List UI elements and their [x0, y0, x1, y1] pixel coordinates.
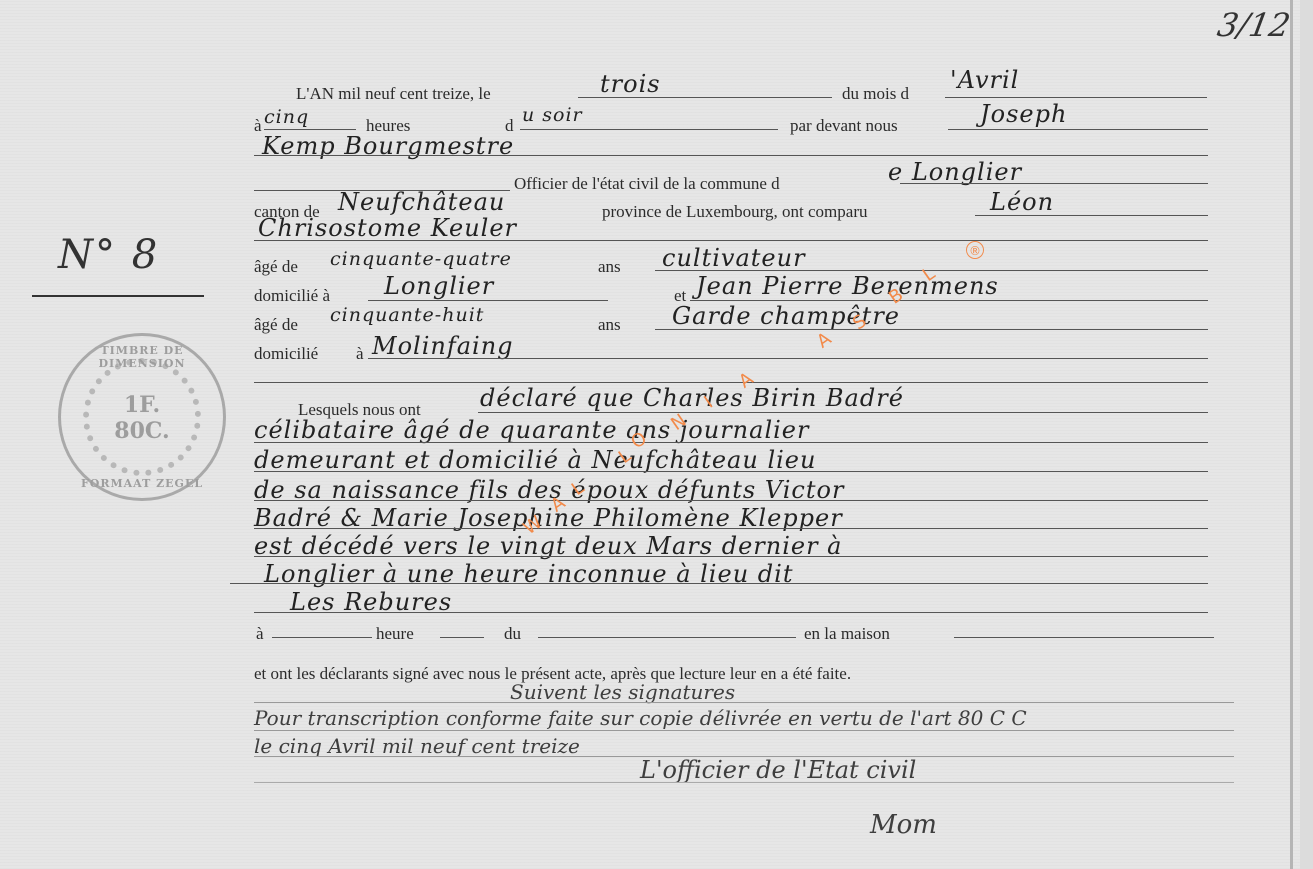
hand-time: u soir — [522, 104, 583, 126]
rule — [440, 637, 484, 638]
rule — [254, 382, 1208, 383]
hand-transcription-date: le cinq Avril mil neuf cent treize — [254, 734, 580, 758]
hand-officer-firstname: Joseph — [980, 100, 1067, 128]
rule — [538, 637, 796, 638]
rule — [254, 155, 1208, 156]
rule — [264, 129, 356, 130]
printed-officier: Officier de l'état civil de la commune d — [514, 174, 780, 194]
registered-mark-icon: ® — [966, 241, 984, 259]
rule — [254, 702, 1234, 703]
printed-ans: ans — [598, 257, 621, 277]
printed-domicilie: domicilié à — [254, 286, 330, 306]
stamp-value-centimes: 80C. — [61, 418, 223, 444]
officer-signature: Mom — [870, 810, 937, 840]
hand-age2: cinquante-huit — [330, 304, 484, 326]
printed-a: à — [356, 344, 364, 364]
hand-domicile1: Longlier — [384, 272, 494, 300]
printed-par-devant: par devant nous — [790, 116, 898, 136]
rule — [948, 129, 1208, 130]
rule — [254, 240, 1208, 241]
printed-month-label: du mois d — [842, 84, 909, 104]
printed-en-la-maison: en la maison — [804, 624, 890, 644]
hand-transcription-line: Pour transcription conforme faite sur co… — [254, 706, 1027, 730]
hand-commune: e Longlier — [888, 158, 1022, 186]
rule — [254, 471, 1208, 472]
hand-hour: cinq — [264, 106, 309, 128]
rule — [954, 637, 1214, 638]
stamp-value-francs: 1F. — [61, 392, 223, 418]
acte-number: N° 8 — [58, 232, 159, 278]
printed-age: âgé de — [254, 257, 298, 277]
page-number: 3/12 — [1215, 6, 1294, 44]
printed-ans: ans — [598, 315, 621, 335]
hand-day: trois — [600, 70, 661, 98]
hand-declarant1-firstname: Léon — [990, 188, 1054, 216]
rule — [900, 183, 1208, 184]
watermark-letter: A — [813, 328, 835, 352]
rule — [230, 583, 1208, 584]
rule — [975, 215, 1208, 216]
hand-profession1: cultivateur — [662, 244, 806, 272]
page-binding-line — [1290, 0, 1293, 869]
printed-heure: heure — [376, 624, 414, 644]
printed-year-label: L'AN mil neuf cent treize, le — [296, 84, 491, 104]
rule — [254, 556, 1208, 557]
rule — [368, 300, 608, 301]
printed-age: âgé de — [254, 315, 298, 335]
rule — [254, 500, 1208, 501]
fiscal-stamp-icon: TIMBRE DE DIMENSION 1F. 80C. FORMAAT ZEG… — [58, 333, 226, 501]
hand-signatures-note: Suivent les signatures — [510, 680, 735, 704]
rule — [520, 129, 778, 130]
hand-month: 'Avril — [950, 66, 1019, 94]
rule — [254, 782, 1234, 783]
printed-a: à — [256, 624, 264, 644]
rule — [254, 442, 1208, 443]
hand-body-line: célibataire âgé de quarante ans journali… — [254, 416, 809, 444]
rule — [945, 97, 1207, 98]
rule — [368, 358, 1208, 359]
printed-province: province de Luxembourg, ont comparu — [602, 202, 867, 222]
stamp-bottom-text: FORMAAT ZEGEL — [61, 477, 223, 490]
printed-a: à — [254, 116, 262, 136]
hand-officer-title: L'officier de l'Etat civil — [640, 756, 916, 784]
hand-domicile2: Molinfaing — [372, 332, 514, 360]
rule — [478, 412, 1208, 413]
rule — [254, 528, 1208, 529]
hand-canton: Neufchâteau — [338, 188, 505, 216]
hand-declaration: déclaré que Charles Birin Badré — [480, 384, 904, 412]
acte-number-underline — [32, 295, 204, 297]
printed-domicilie: domicilié — [254, 344, 318, 364]
hand-declarant1-name: Chrisostome Keuler — [258, 214, 517, 242]
hand-age1: cinquante-quatre — [330, 248, 512, 270]
rule — [578, 97, 832, 98]
hand-declarant2-name: Jean Pierre Berenmens — [696, 272, 999, 300]
page-edge — [1300, 0, 1313, 869]
stamp-top-text: TIMBRE DE DIMENSION — [61, 344, 223, 370]
hand-body-line: demeurant et domicilié à Neufchâteau lie… — [254, 446, 816, 474]
rule — [655, 329, 1208, 330]
rule — [690, 300, 1208, 301]
printed-du: du — [504, 624, 521, 644]
rule — [254, 730, 1234, 731]
rule — [254, 612, 1208, 613]
rule — [272, 637, 372, 638]
